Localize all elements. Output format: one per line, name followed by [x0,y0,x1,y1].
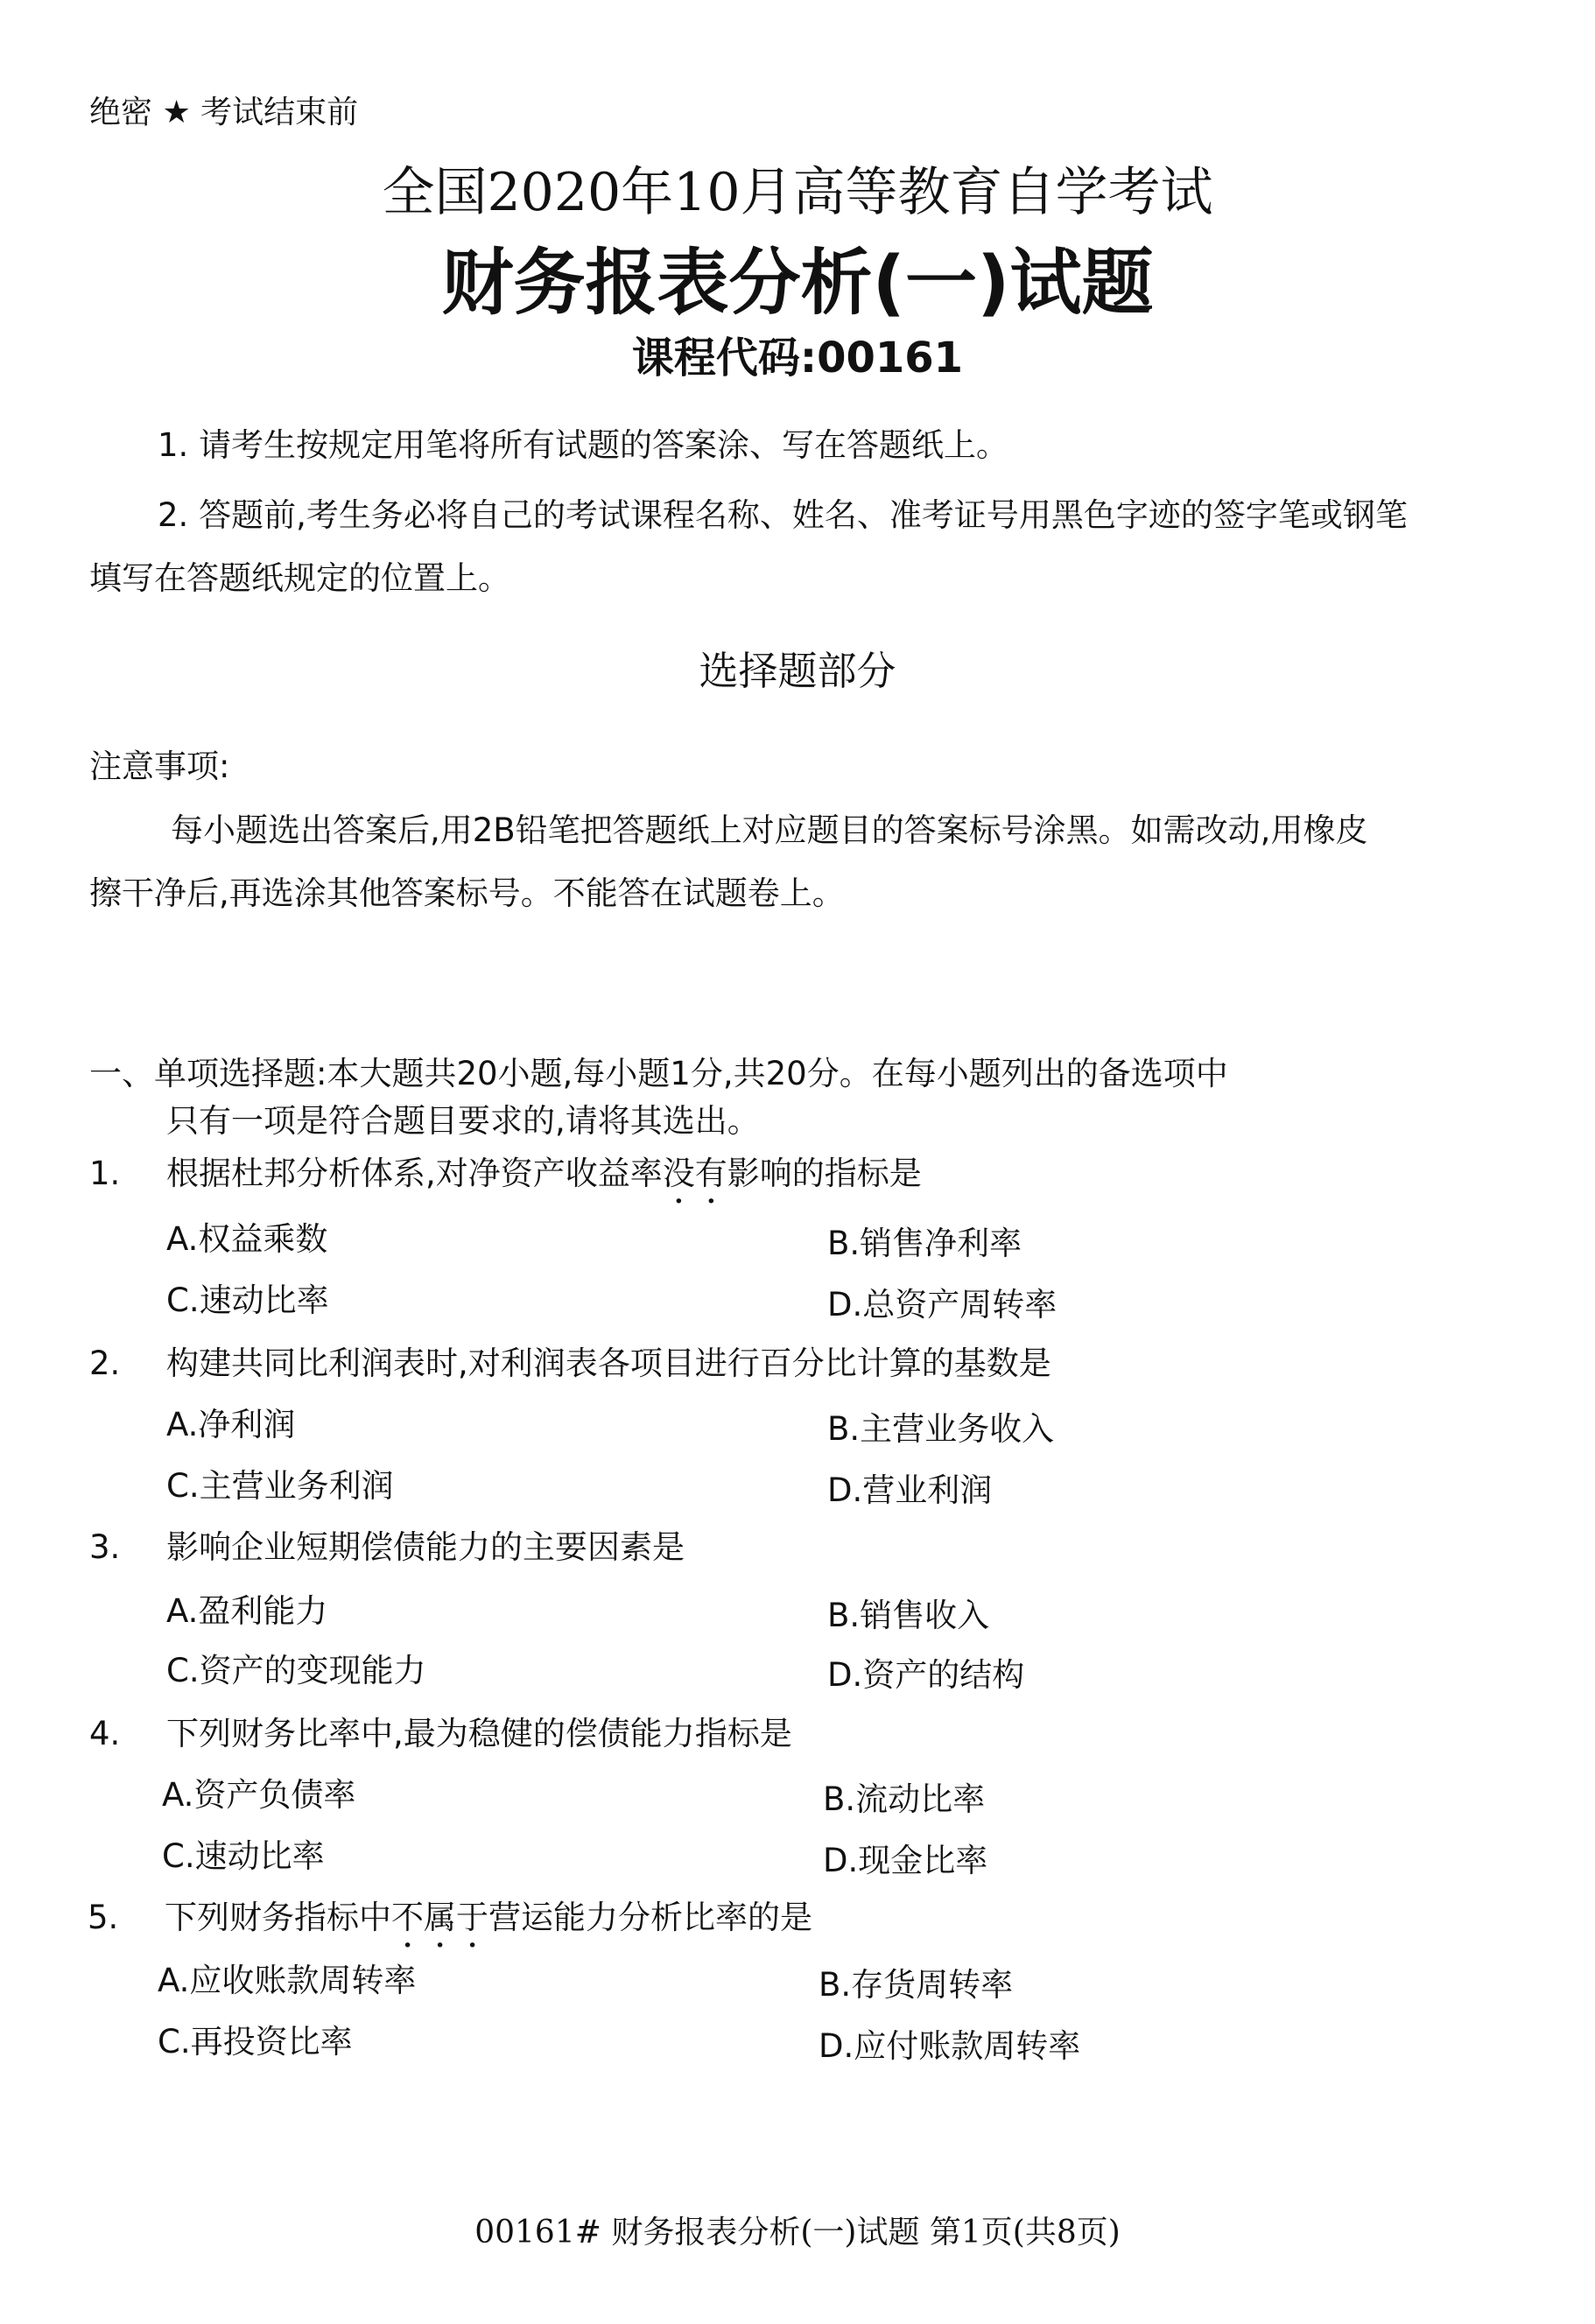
instruction-2: 2. 答题前,考生务必将自己的考试课程名称、姓名、准考证号用黑色字迹的签字笔或钢… [158,488,1408,536]
option-d: D.资产的结构 [827,1648,1024,1696]
option-c: C.速动比率 [162,1829,325,1877]
emphasis-text: 没有 [663,1155,727,1192]
option-a: A.权益乘数 [166,1212,327,1260]
question-5: 5.下列财务指标中不属于营运能力分析比率的是 [88,1891,812,1955]
section-title: 选择题部分 [0,639,1595,696]
subject-title: 财务报表分析(一)试题 [0,226,1595,328]
option-d: D.应付账款周转率 [819,2019,1080,2067]
part-one-heading: 一、单项选择题:本大题共20小题,每小题1分,共20分。在每小题列出的备选项中 [89,1047,1228,1094]
question-number: 1. [89,1155,166,1192]
part-one-heading-continued: 只有一项是符合题目要求的,请将其选出。 [166,1094,760,1141]
option-a: A.应收账款周转率 [158,1954,416,2001]
page-footer: 00161# 财务报表分析(一)试题 第1页(共8页) [0,2208,1595,2252]
notes-line-1: 每小题选出答案后,用2B铅笔把答题纸上对应题目的答案标号涂黑。如需改动,用橡皮 [171,804,1367,851]
instruction-1: 1. 请考生按规定用笔将所有试题的答案涂、写在答题纸上。 [158,418,1008,466]
question-2: 2.构建共同比利润表时,对利润表各项目进行百分比计算的基数是 [89,1337,1051,1384]
option-a: A.净利润 [166,1398,295,1445]
option-b: B.流动比率 [823,1773,985,1820]
question-1: 1.根据杜邦分析体系,对净资产收益率没有影响的指标是 [89,1147,922,1211]
notes-line-2: 擦干净后,再选涂其他答案标号。不能答在试题卷上。 [89,867,845,914]
course-code: 课程代码:00161 [0,324,1595,384]
question-stem: 下列财务指标中 [165,1899,391,1936]
option-d: D.总资产周转率 [827,1278,1057,1325]
option-d: D.营业利润 [827,1464,992,1511]
option-c: C.再投资比率 [158,2015,353,2062]
question-stem: 构建共同比利润表时,对利润表各项目进行百分比计算的基数是 [166,1345,1051,1382]
option-b: B.存货周转率 [819,1958,1013,2005]
option-a: A.盈利能力 [166,1584,327,1632]
question-stem-end: 营运能力分析比率的是 [488,1899,812,1936]
emphasis-text: 不属于 [391,1899,488,1936]
exam-title: 全国2020年10月高等教育自学考试 [0,151,1595,226]
confidential-mark: 绝密 ★ 考试结束前 [89,88,358,132]
question-stem: 下列财务比率中,最为稳健的偿债能力指标是 [166,1715,792,1752]
question-3: 3.影响企业短期偿债能力的主要因素是 [89,1520,685,1568]
question-stem: 根据杜邦分析体系,对净资产收益率 [166,1155,663,1192]
question-4: 4.下列财务比率中,最为稳健的偿债能力指标是 [89,1707,792,1754]
question-number: 5. [88,1899,165,1936]
option-b: B.销售净利率 [827,1217,1022,1264]
notes-label: 注意事项: [89,740,229,787]
option-b: B.主营业务收入 [827,1402,1054,1450]
question-stem: 影响企业短期偿债能力的主要因素是 [166,1528,685,1566]
option-b: B.销售收入 [827,1589,989,1636]
question-number: 2. [89,1345,166,1382]
question-number: 3. [89,1528,166,1566]
option-c: C.速动比率 [166,1274,329,1321]
question-number: 4. [89,1715,166,1752]
option-d: D.现金比率 [823,1834,987,1881]
instruction-2-continued: 填写在答题纸规定的位置上。 [89,551,510,599]
option-c: C.主营业务利润 [166,1459,394,1506]
question-stem-end: 影响的指标是 [727,1155,922,1192]
option-c: C.资产的变现能力 [166,1644,426,1691]
option-a: A.资产负债率 [162,1768,355,1815]
